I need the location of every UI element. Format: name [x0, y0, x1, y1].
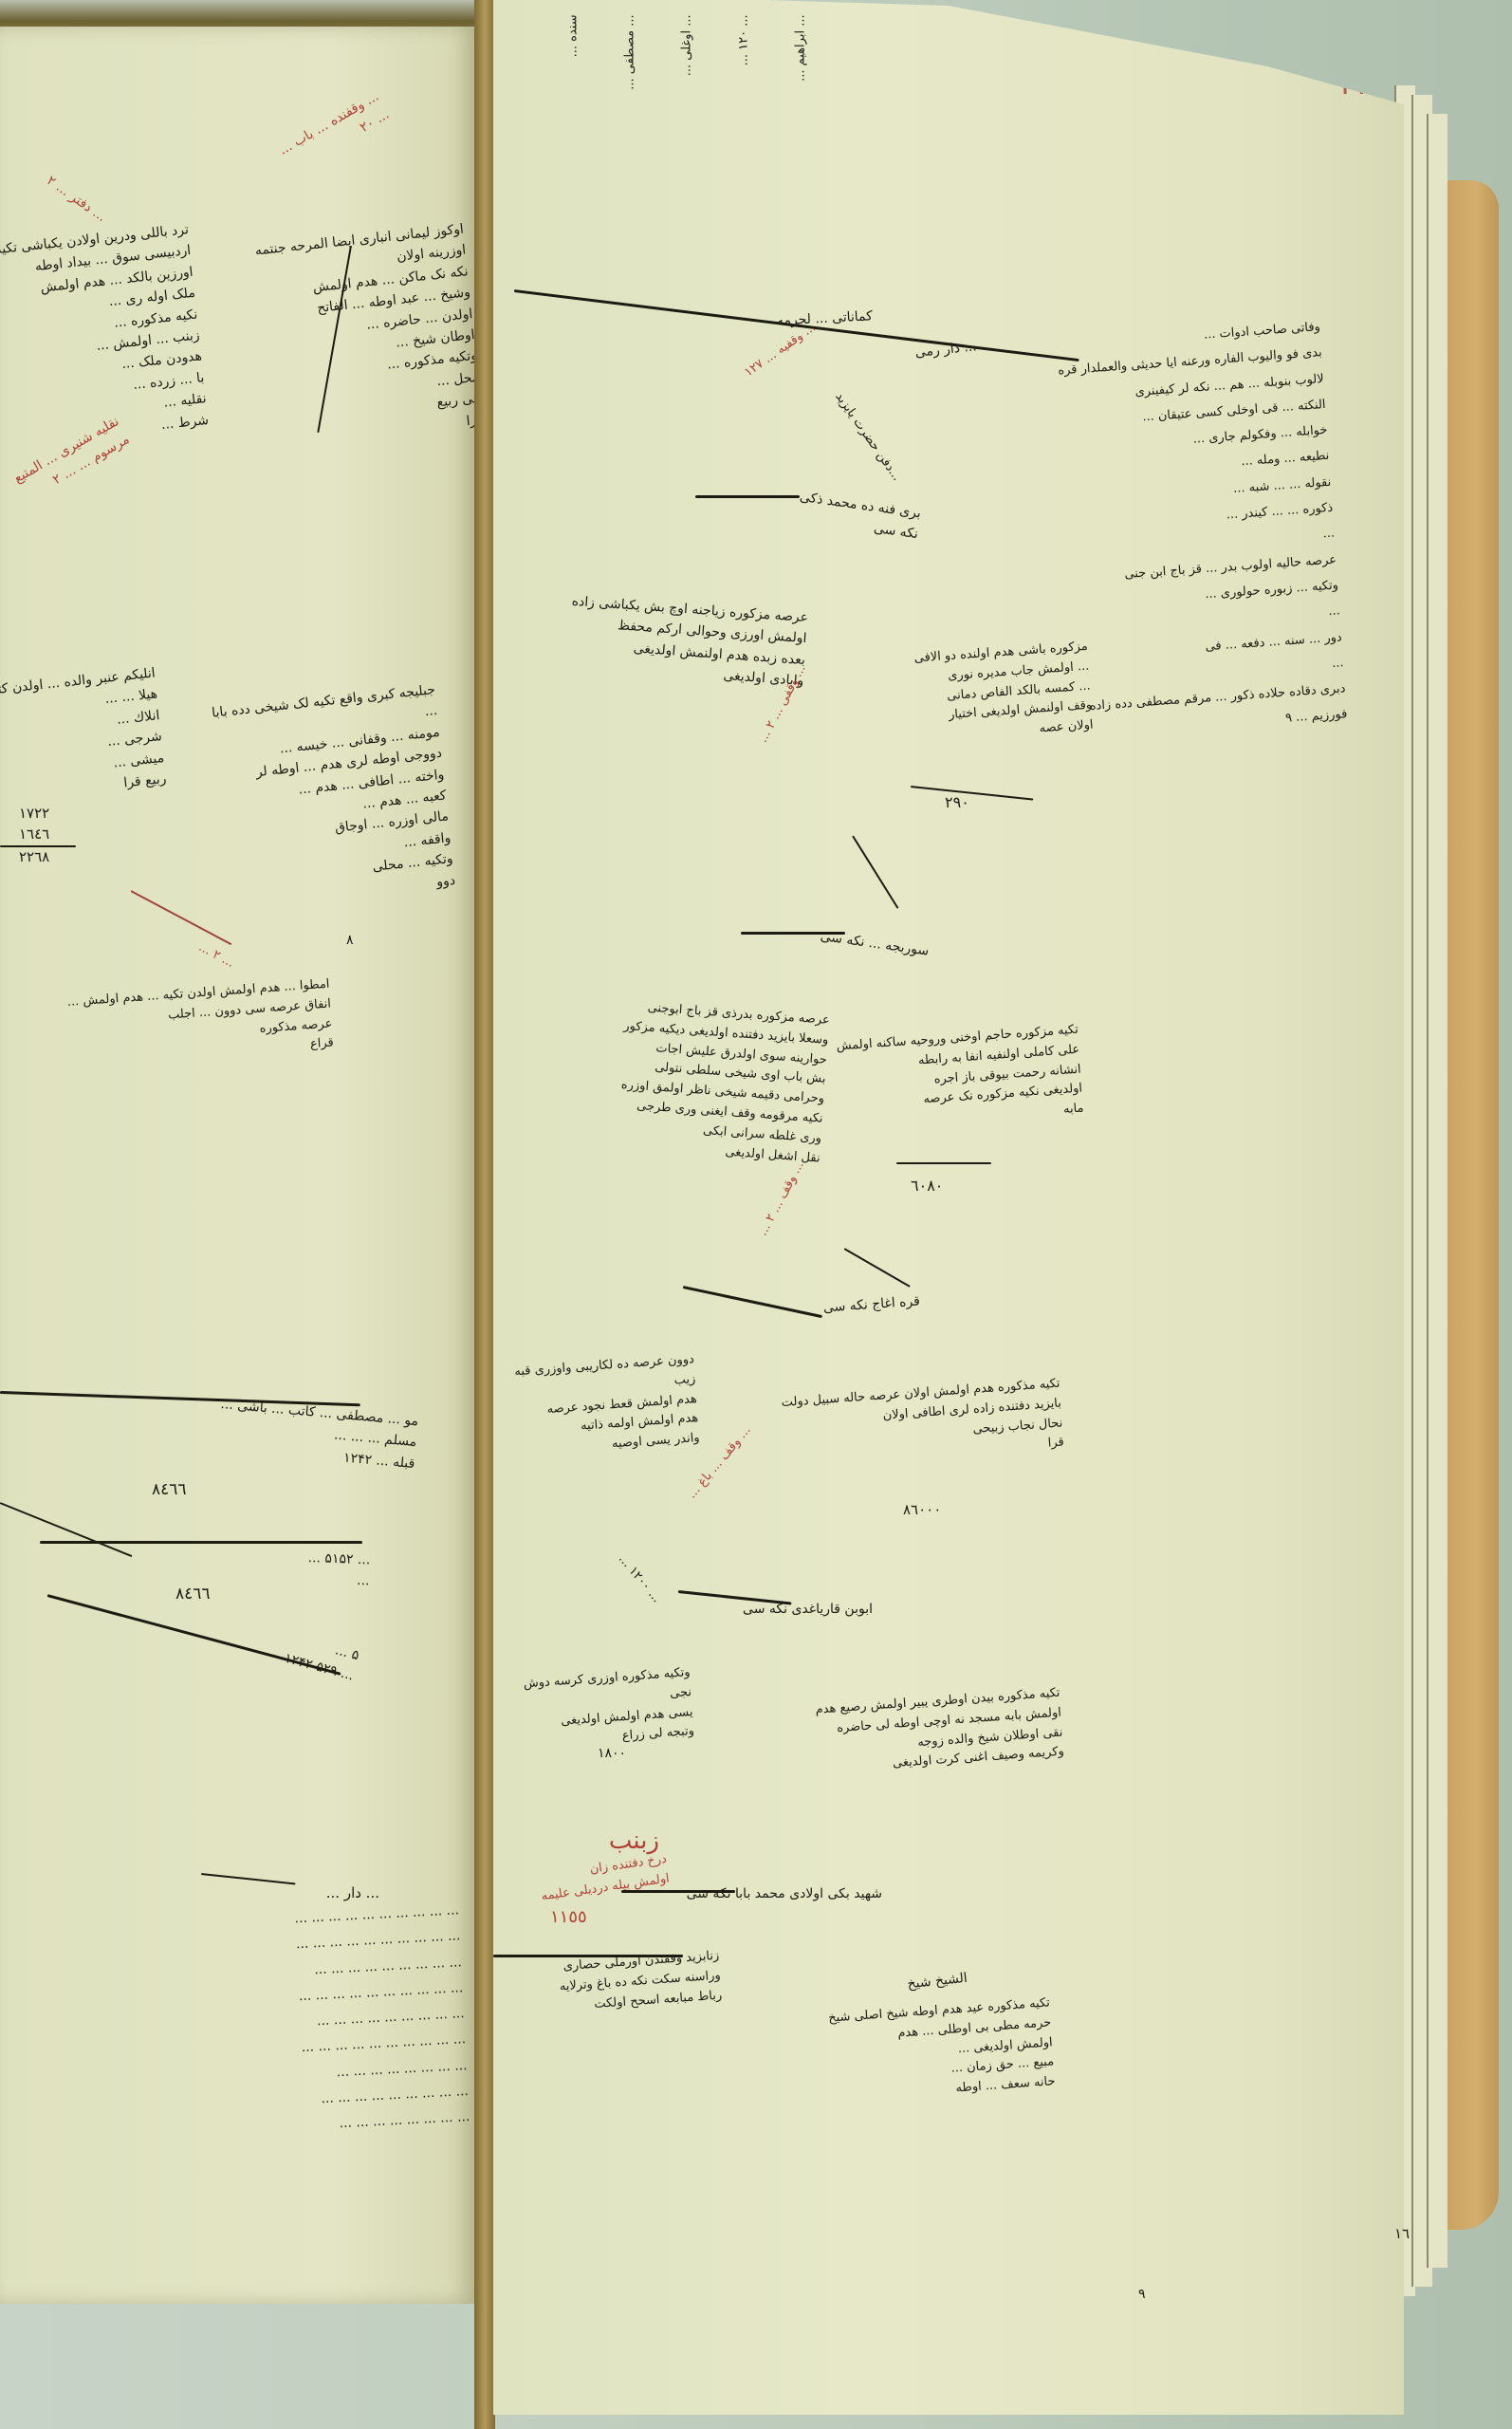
entry-4-right-text: تکیه مذکوره هدم اولمش اولان عرصه حاله سب… — [747, 1375, 1065, 1475]
entry-2-left-text: عرصه مزکوره زیاجنه اوچ بش یکباشی زاده او… — [528, 588, 809, 693]
entry-5-red-stamp-text: درخ دفتنده زان اولمش بیله دردیلی علیمه — [525, 1850, 671, 1909]
entry-5-title: شهید بکی اولادی محمد بابا نکه سی — [683, 1883, 882, 1904]
entry-5-amount: ١٨٠٠ — [598, 1746, 626, 1761]
entry-4-amount: ٨٦٠٠٠ — [903, 1501, 941, 1518]
entry-1-side-note: ...دفن حضرت یایزید — [802, 350, 906, 486]
left-entry-c-sum-rule — [0, 845, 76, 847]
vertical-entry-3: ... اوغلی ... — [678, 14, 698, 232]
entry-4-title: ابوبن قاریاغدی نکه سی — [740, 1599, 873, 1620]
entry-3-amount: ٦٠٨٠ — [911, 1177, 943, 1195]
entry-3-title: قره اغاج نکه سی — [796, 1290, 920, 1320]
left-entry-e: امطوا ... هدم اولمش اولدن تکیه ... هدم ا… — [45, 975, 334, 1074]
left-entry-i-body: ... ... ... ... ... ... ... ... ... ... … — [0, 1898, 470, 2155]
margin-text-column: وفاتی صاحب ادوات ... بدی فو والیوب الفار… — [1007, 314, 1466, 2419]
entry-3-right-text: تکیه مزکوره حاجم اوخنی وروحیه ساکنه اولم… — [822, 1021, 1085, 1138]
entry-2-title: سوربجه ... نکه سی — [767, 918, 930, 962]
vertical-entry-5: ... ابراهیم ... — [792, 14, 812, 232]
left-entry-c: انلیکم عنبر والده ... اولدن کتیه هیلا ..… — [0, 662, 168, 807]
left-entry-b: اوکوز لیمانی انباری ایضا المرحه جنتمه او… — [227, 219, 485, 455]
entry-3-left-text: عرصه مزکوره بدرذی قز باج ابوجنی وسعلا با… — [526, 991, 831, 1169]
entry-2-curve — [852, 835, 898, 908]
left-entry-d: جبلیجه کبری واقع تکیه لک شیخی دده بابا .… — [208, 679, 456, 915]
left-entry-c-amount-1: ١٧٢٢ — [19, 805, 49, 822]
entry-5-red-amount: ١١٥٥ — [550, 1907, 587, 1927]
entry-2-amount: ٢٩٠ — [945, 793, 969, 811]
top-vertical-entries: سنده ... ... مصطفی ... ... اوغلی ... ...… — [541, 9, 759, 294]
entry-1-title: بری فنه ده محمد ذکی نکه سی — [776, 484, 923, 546]
entry-5-right-text: تکیه مذکوره بیدن اوطری یبیر اولمش رصیع ه… — [775, 1684, 1064, 1783]
entry-3-sum-rule — [896, 1162, 991, 1164]
header-line-2: ... دار رمی — [834, 336, 978, 372]
entry-6-right-heading: الشیخ شیخ — [853, 1968, 968, 2001]
entry-4-left-text: دوون عرصه ده لکاریبی واوزری قبه زیب هدم … — [505, 1350, 701, 1462]
left-entry-c-total: ٢٢٦٨ — [19, 848, 49, 865]
entry-1-red-note: ... وقفیه ... ۱۲۷ — [631, 319, 821, 460]
entry-3-curve — [844, 1248, 911, 1288]
left-entry-f: مو ... مصطفی ... کاتب ... باشی ... مسلم … — [0, 1375, 419, 1474]
left-page: ... دفتر ... ۲ ... وقفنده ... باب ... ..… — [0, 27, 474, 2304]
bottom-right-folio: ١٦ — [1394, 2225, 1410, 2242]
vertical-entry-2: ... مصطفی ... — [621, 14, 641, 232]
left-entry-f-amount: ٨٤٦٦ — [152, 1480, 187, 1499]
book-cover-edge — [1442, 180, 1499, 2230]
entry-3-red-note: ... وقف ... ۲ ... — [717, 1158, 810, 1309]
entry-2-sum-rule — [911, 786, 1033, 801]
left-entry-h: ۵ ... ... ۵۲۹ ۱۲۴۲ — [94, 1578, 361, 1688]
left-entry-i-heading: ... دار ... — [190, 1882, 379, 1904]
vertical-entry-4: ... ۱۲۰ ... — [735, 14, 755, 232]
page-stack-3 — [1427, 114, 1447, 2268]
book-spine — [474, 0, 495, 2429]
vertical-entry-1: سنده ... — [564, 14, 584, 232]
left-entry-d-number: ٨ — [346, 933, 354, 948]
right-page: ١٧ سنده ... ... مصطفی ... ... اوغلی ... … — [493, 0, 1404, 2415]
bottom-marker: ۹ — [1138, 2287, 1146, 2302]
left-red-note-top: ... دفتر ... ۲ — [13, 150, 111, 227]
left-red-block-a: ... وقفنده ... باب ... ... ۲۰ — [175, 86, 394, 237]
entry-6-right-text: تکیه مذکوره عید هدم اوطه شیخ اصلی شیخ حر… — [813, 1993, 1057, 2108]
header-line: کماناتی ... لحرمه — [664, 306, 874, 338]
entry-6-left-text: زنابزید وقفندن اورملی حصاری وراسنه سکت ن… — [491, 1947, 723, 2022]
left-entry-c-amount-2: ١٦٤٦ — [19, 825, 49, 843]
entry-5-left-text: وتکیه مذکوره اوزری کرسه دوش نجی یسی هدم … — [500, 1663, 694, 1755]
